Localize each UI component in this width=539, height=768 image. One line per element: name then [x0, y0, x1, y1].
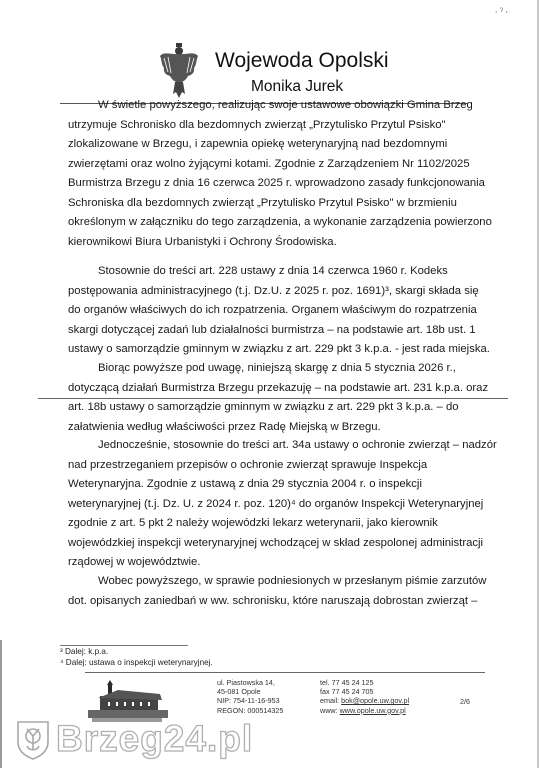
website-link[interactable]: www.opole.uw.gov.pl: [340, 706, 406, 715]
address-street: ul. Piastowska 14,: [217, 678, 283, 687]
text-line: weterynaryjnej (t.j. Dz. U. z 2024 r. po…: [68, 495, 488, 515]
watermark-text: Brzeg24.pl: [56, 718, 253, 760]
text-line: postępowania administracyjnego (t.j. Dz.…: [68, 282, 488, 302]
paragraph-2: Stosownie do treści art. 228 ustawy z dn…: [68, 262, 488, 360]
text-line: Stosownie do treści art. 228 ustawy z dn…: [68, 262, 488, 282]
text-line: do organów właściwych do ich rozpatrzeni…: [68, 301, 488, 321]
text-line: W świetle powyższego, realizując swoje u…: [68, 96, 488, 116]
address-regon: REGON: 000514325: [217, 706, 283, 715]
text-line: zlokalizowane w Brzegu, i zapewnia opiek…: [68, 135, 488, 155]
text-line: ustawy o samorządzie gminnym w związku z…: [68, 340, 488, 360]
footer-contact: tel. 77 45 24 125 fax 77 45 24 705 email…: [320, 678, 409, 715]
text-line: załatwienia według właściwości przez Rad…: [68, 418, 488, 438]
contact-fax: fax 77 45 24 705: [320, 687, 409, 696]
text-line: określonym w załączniku do tego zarządze…: [68, 213, 488, 233]
contact-www: www: www.opole.uw.gov.pl: [320, 706, 409, 715]
paragraph-5: Wobec powyższego, w sprawie podniesionyc…: [68, 572, 488, 611]
text-line: Jednocześnie, stosownie do treści art. 3…: [68, 436, 488, 456]
scan-marks: ⸳ ˀ ⸳: [495, 4, 535, 24]
www-label: www:: [320, 706, 340, 715]
text-line: Schroniska dla bezdomnych zwierząt „Przy…: [68, 194, 488, 214]
contact-email: email: bok@opole.uw.gov.pl: [320, 696, 409, 705]
scan-edge: [0, 640, 2, 768]
text-line: Wobec powyższego, w sprawie podniesionyc…: [68, 572, 488, 592]
footnotes: ³ Dalej: k.p.a. ⁴ Dalej: ustawa o inspek…: [60, 646, 213, 668]
address-city: 45-081 Opole: [217, 687, 283, 696]
email-label: email:: [320, 696, 341, 705]
footnote-4: ⁴ Dalej: ustawa o inspekcji weterynaryjn…: [60, 657, 213, 668]
eagle-emblem-icon: [158, 42, 200, 100]
text-line: rządowej w województwie.: [68, 553, 488, 573]
text-line: art. 18b ustawy o samorządzie gminnym w …: [68, 398, 488, 418]
footnote-3: ³ Dalej: k.p.a.: [60, 646, 213, 657]
text-line: wojewódzkiej inspekcji weterynaryjnej wc…: [68, 534, 488, 554]
paragraph-4: Jednocześnie, stosownie do treści art. 3…: [68, 436, 488, 573]
footer-divider: [85, 672, 485, 673]
text-line: Biorąc powyższe pod uwagę, niniejszą ska…: [68, 359, 488, 379]
text-line: skargi dotyczącej zadań lub działalności…: [68, 321, 488, 341]
office-title: Wojewoda Opolski: [215, 49, 389, 73]
text-line: kierownikowi Biura Urbanistyki i Ochrony…: [68, 233, 488, 253]
scan-line-artifact: [38, 398, 508, 399]
footer-address: ul. Piastowska 14, 45-081 Opole NIP: 754…: [217, 678, 283, 715]
text-line: utrzymuje Schronisko dla bezdomnych zwie…: [68, 116, 488, 136]
document-page: ⸳ ˀ ⸳ Wojewoda Opolski Monika Jurek W św…: [0, 0, 539, 768]
text-line: zgodnie z art. 5 pkt 2 należy wojewódzki…: [68, 514, 488, 534]
letterhead: Wojewoda Opolski Monika Jurek: [158, 42, 418, 102]
official-name: Monika Jurek: [251, 78, 343, 96]
address-nip: NIP: 754-11-16-953: [217, 696, 283, 705]
contact-tel: tel. 77 45 24 125: [320, 678, 409, 687]
page-number: 2/6: [460, 697, 470, 706]
paragraph-1: W świetle powyższego, realizując swoje u…: [68, 96, 488, 252]
text-line: dotyczącą działań Burmistrza Brzegu prze…: [68, 379, 488, 399]
brzeg24-logo-icon: [14, 718, 52, 760]
text-line: nad przestrzeganiem przepisów o ochronie…: [68, 456, 488, 476]
text-line: Burmistrza Brzegu z dnia 16 czerwca 2025…: [68, 174, 488, 194]
email-link[interactable]: bok@opole.uw.gov.pl: [341, 696, 409, 705]
text-line: zwierzętami oraz wolno żyjącymi kotami. …: [68, 155, 488, 175]
text-line: Weterynaryjna. Zgodnie z ustawą z dnia 2…: [68, 475, 488, 495]
text-line: dot. opisanych zaniedbań w ww. schronisk…: [68, 592, 488, 612]
